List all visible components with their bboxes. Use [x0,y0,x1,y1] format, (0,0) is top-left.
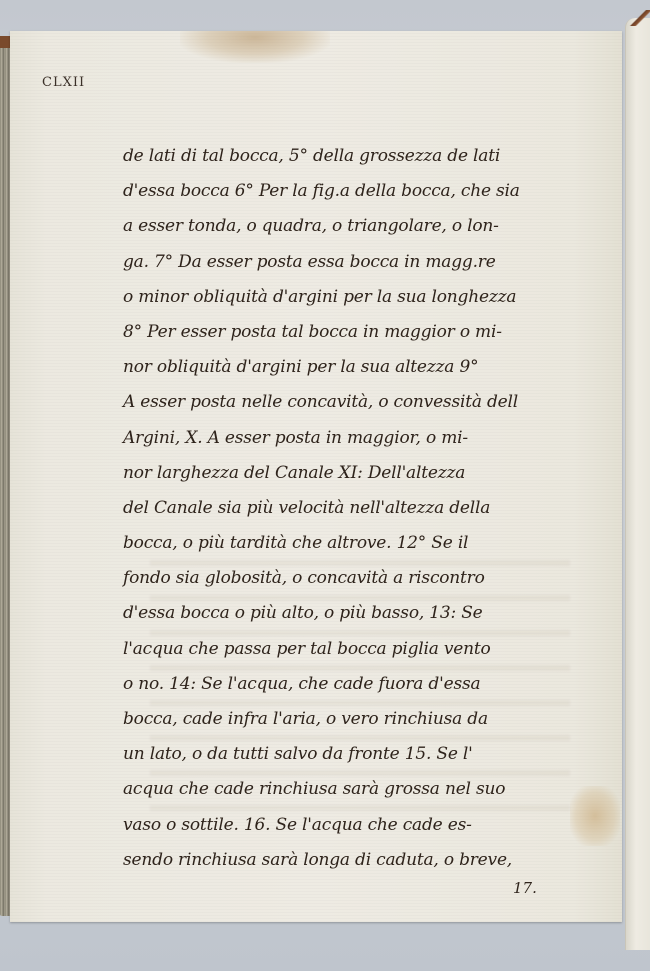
text-line: d'essa bocca 6° Per la fig.a della bocca… [123,174,543,209]
handwritten-text-block: de lati di tal bocca, 5° della grossezza… [123,139,543,878]
text-line: o no. 14: Se l'acqua, che cade fuora d'e… [123,667,543,702]
text-line: nor larghezza del Canale XI: Dell'altezz… [123,456,543,491]
text-line: acqua che cade rinchiusa sarà grossa nel… [123,772,543,807]
manuscript-page: CLXII de lati di tal bocca, 5° della gro… [10,31,622,922]
text-line: a esser tonda, o quadra, o triangolare, … [123,209,543,244]
text-line: de lati di tal bocca, 5° della grossezza… [123,139,543,174]
text-line: 8° Per esser posta tal bocca in maggior … [123,315,543,350]
text-line: ga. 7° Da esser posta essa bocca in magg… [123,245,543,280]
folio-number: CLXII [42,75,85,90]
text-line: del Canale sia più velocità nell'altezza… [123,491,543,526]
text-line: vaso o sottile. 16. Se l'acqua che cade … [123,808,543,843]
text-line: sendo rinchiusa sarà longa di caduta, o … [123,843,543,878]
book-cover-corner-right [628,10,650,26]
text-line: Argini, X. A esser posta in maggior, o m… [123,421,543,456]
text-line: nor obliquità d'argini per la sua altezz… [123,350,543,385]
facing-page-edge [625,18,650,950]
text-line: d'essa bocca o più alto, o più basso, 13… [123,596,543,631]
text-line: fondo sia globosità, o concavità a risco… [123,561,543,596]
water-stain-top [180,31,330,63]
text-line: l'acqua che passa per tal bocca piglia v… [123,632,543,667]
water-stain-right [570,786,620,846]
text-line: un lato, o da tutti salvo da fronte 15. … [123,737,543,772]
text-line: A esser posta nelle concavità, o convess… [123,385,543,420]
text-line: bocca, cade infra l'aria, o vero rinchiu… [123,702,543,737]
text-line: o minor obliquità d'argini per la sua lo… [123,280,543,315]
catchword: 17. [513,879,537,897]
text-line: bocca, o più tardità che altrove. 12° Se… [123,526,543,561]
